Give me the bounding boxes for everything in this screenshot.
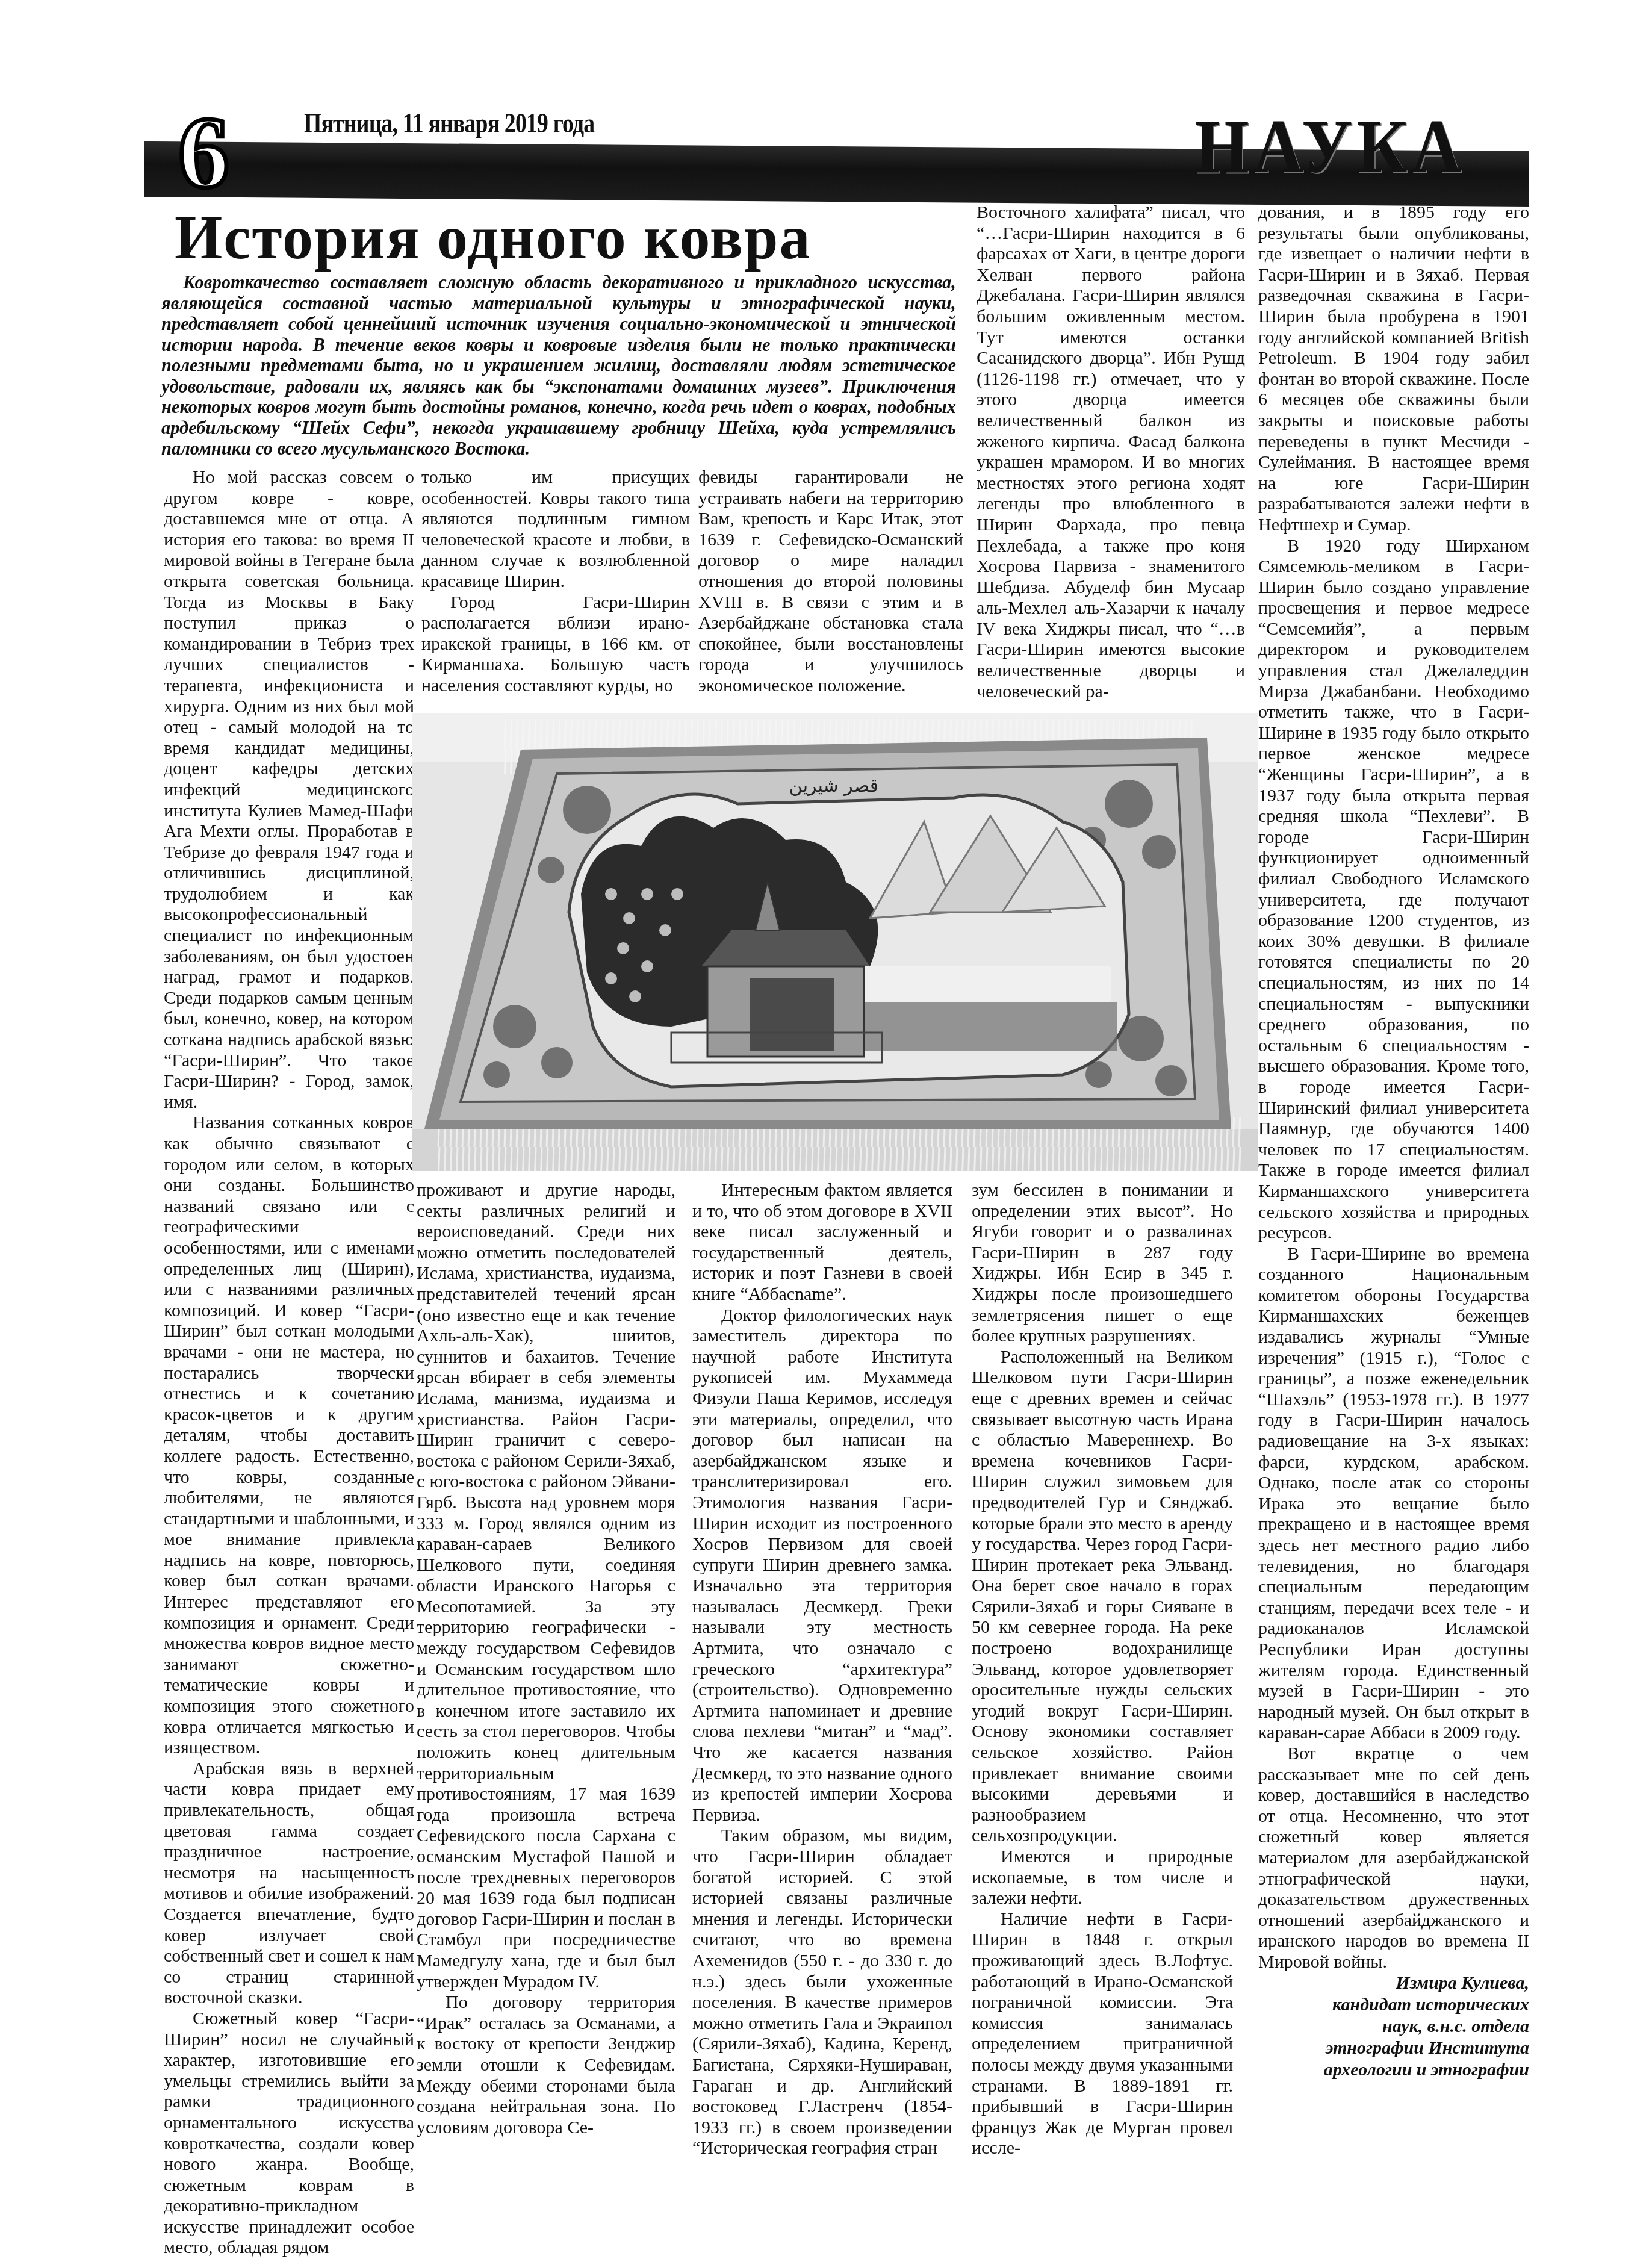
paragraph: Вот вкратце о чем рассказывает мне по се…: [1258, 1744, 1529, 1973]
article-lead: Ковроткачество составляет сложную област…: [161, 272, 956, 459]
carpet-inscription: قصر شیرین: [789, 775, 878, 797]
author-title: археологии и этнографии: [1258, 2059, 1529, 2081]
paragraph: только им присущих особенностей. Ковры т…: [421, 467, 690, 592]
paragraph: Сюжетный ковер “Гасри-Ширин” носил не сл…: [164, 2009, 414, 2258]
paragraph: Доктор филологических наук заместитель д…: [692, 1305, 952, 1826]
paragraph: Восточного халифата” писал, что “…Гасри-…: [977, 202, 1245, 702]
paragraph: Но мой рассказ совсем о другом ковре - к…: [164, 467, 414, 1113]
issue-date: Пятница, 11 января 2019 года: [304, 107, 594, 139]
paragraph: Интересным фактом является и то, что об …: [692, 1180, 952, 1305]
column-4-top: Восточного халифата” писал, что “…Гасри-…: [977, 202, 1245, 702]
paragraph: февиды гарантировали не устраивать набег…: [698, 467, 963, 697]
column-3-bottom: Интересным фактом является и то, что об …: [692, 1180, 952, 2159]
column-1: Но мой рассказ совсем о другом ковре - к…: [164, 467, 414, 2258]
article-title: История одного ковра: [175, 202, 811, 273]
paragraph: Названия сотканных ковров как обычно свя…: [164, 1113, 414, 1758]
column-2-top: только им присущих особенностей. Ковры т…: [421, 467, 690, 697]
column-5: дования, и в 1895 году его результаты бы…: [1258, 202, 1529, 2081]
paragraph: Город Гасри-Ширин располагается вблизи и…: [421, 592, 690, 697]
paragraph: Расположенный на Великом Шелковом пути Г…: [972, 1347, 1233, 1847]
paragraph: Наличие нефти в Гасри-Ширин в 1848 г. от…: [972, 1909, 1233, 2159]
paragraph: дования, и в 1895 году его результаты бы…: [1258, 202, 1529, 536]
author-name: Измира Кулиева,: [1258, 1972, 1529, 1994]
carpet-image-icon: قصر شیرین: [412, 713, 1258, 1171]
author-title: кандидат исторических: [1258, 1994, 1529, 2016]
paragraph: Таким образом, мы видим, что Гасри-Ширин…: [692, 1826, 952, 2159]
author-title: этнографии Института: [1258, 2037, 1529, 2059]
column-4-bottom: зум бессилен в понимании и определении э…: [972, 1180, 1233, 2159]
page-number: 6: [178, 101, 229, 204]
author-signature: Измира Кулиева, кандидат исторических на…: [1258, 1972, 1529, 2081]
carpet-photo: قصر شیرین: [412, 713, 1258, 1171]
paragraph: Имеются и природные ископаемые, в том чи…: [972, 1847, 1233, 1909]
paragraph: В Гасри-Ширине во времена созданного Нац…: [1258, 1244, 1529, 1744]
author-title: наук, в.н.с. отдела: [1258, 2016, 1529, 2037]
paragraph: По договору территория “Ирак” осталась з…: [417, 1992, 675, 2138]
section-title: НАУКА: [1195, 102, 1466, 191]
paragraph: Арабская вязь в верхней части ковра прид…: [164, 1759, 414, 2009]
paragraph: В 1920 году Ширханом Сямсемюль-меликом в…: [1258, 536, 1529, 1244]
paragraph: проживают и другие народы, секты различн…: [417, 1180, 675, 1992]
paragraph: зум бессилен в понимании и определении э…: [972, 1180, 1233, 1347]
column-3-top: февиды гарантировали не устраивать набег…: [698, 467, 963, 697]
column-2-bottom: проживают и другие народы, секты различн…: [417, 1180, 675, 2138]
